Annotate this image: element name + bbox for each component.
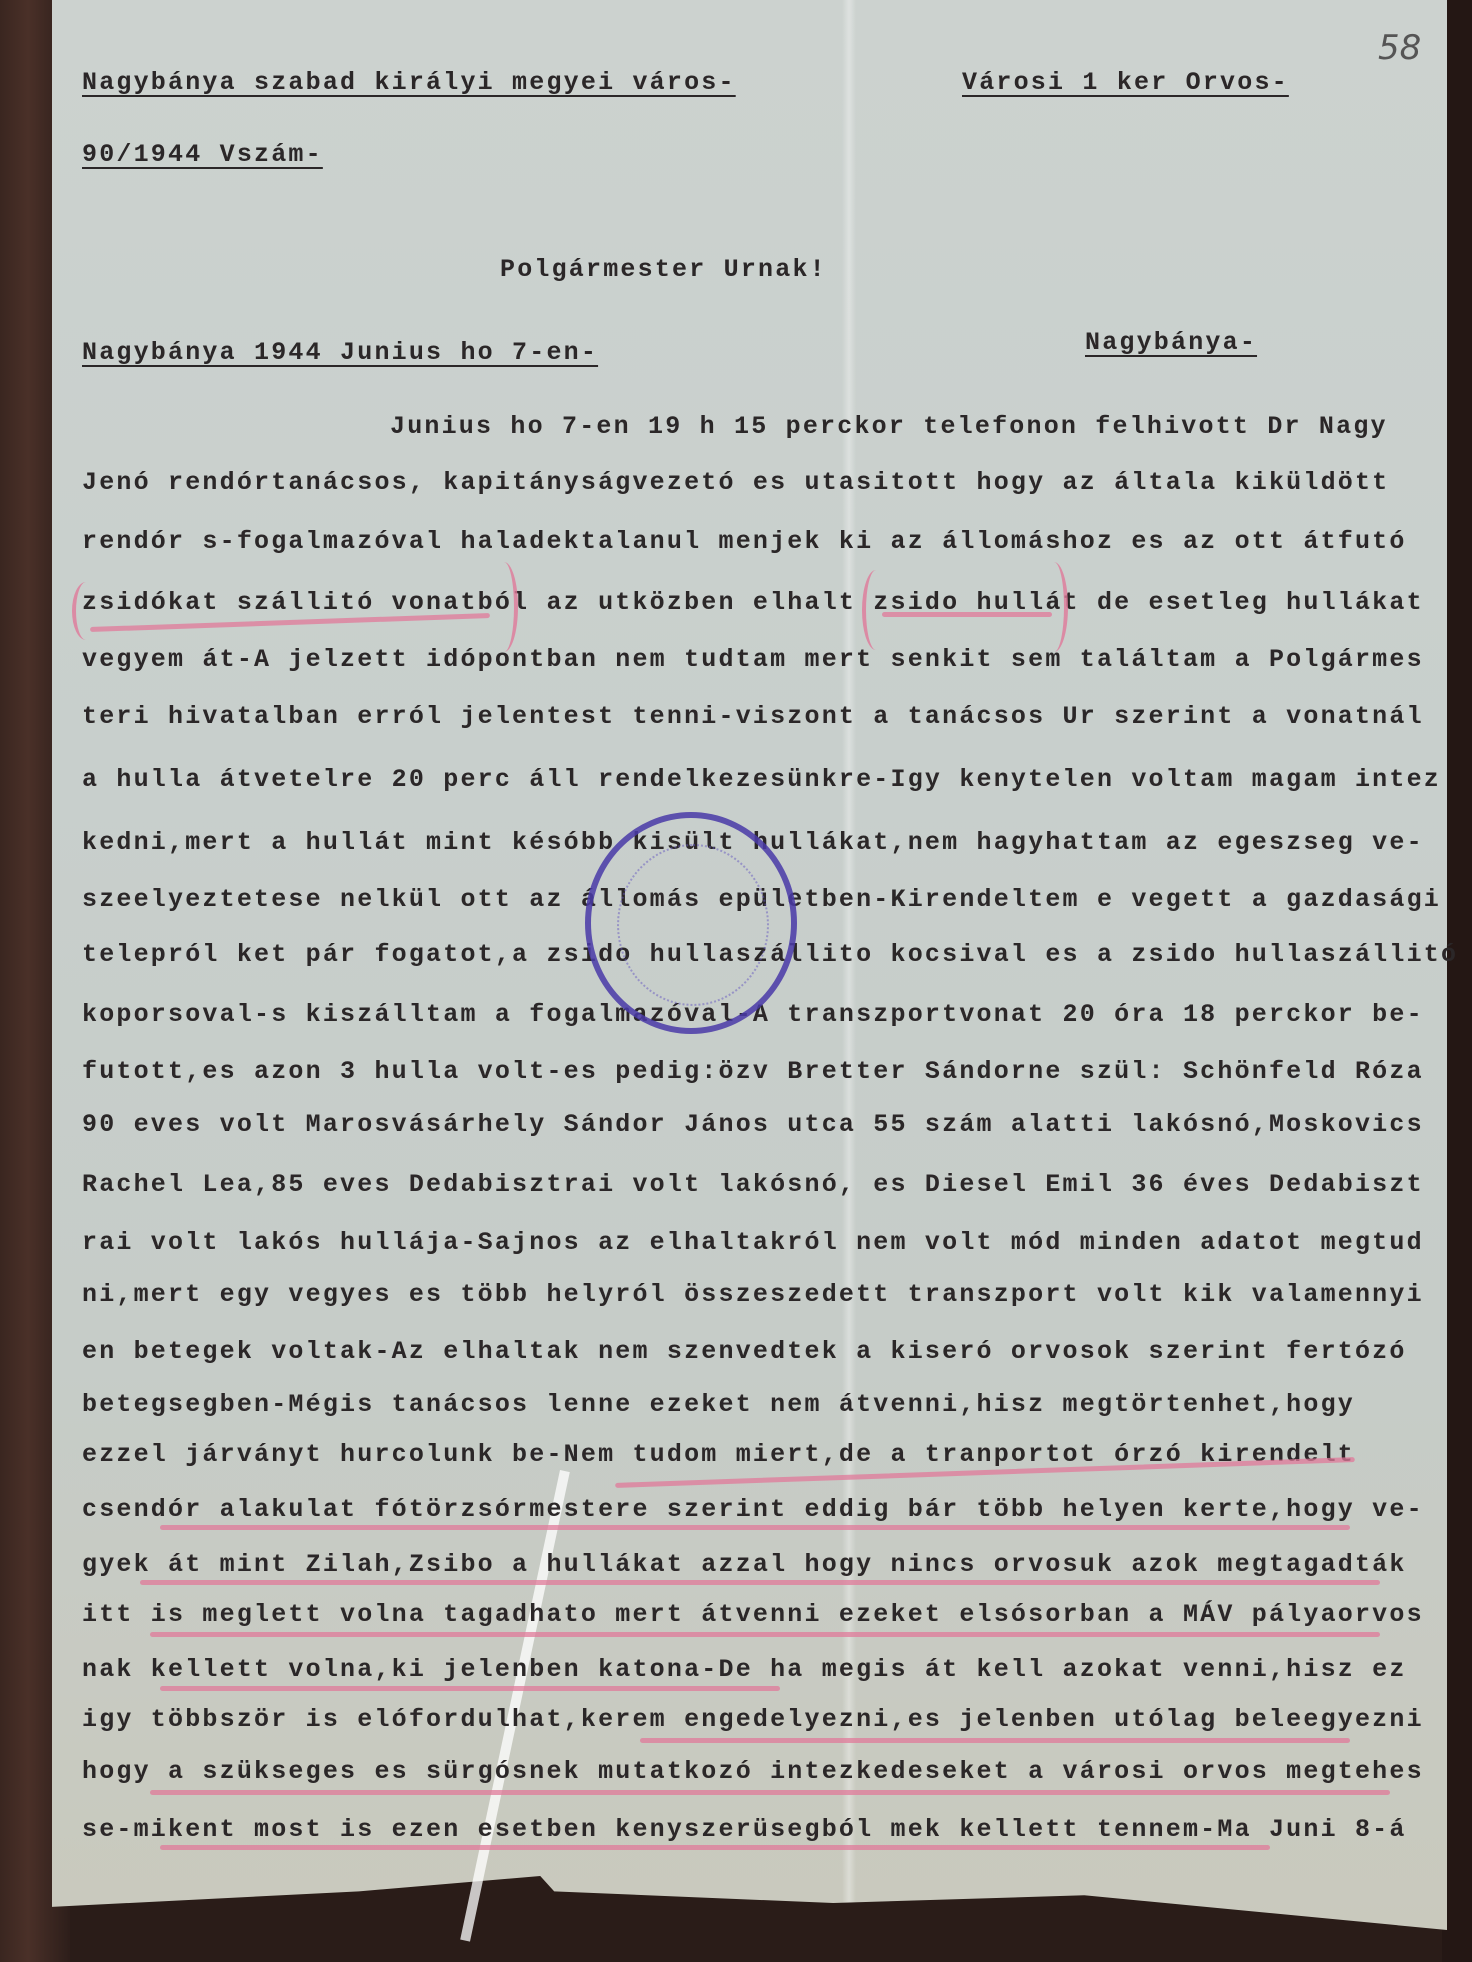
date-line: Nagybánya 1944 Junius ho 7-en-	[82, 338, 598, 367]
red-underline	[160, 1686, 780, 1691]
body-line: teri hivatalban erról jelentest tenni-vi…	[82, 702, 1424, 731]
header-office: Városi 1 ker Orvos-	[962, 68, 1289, 97]
body-line: Rachel Lea,85 eves Dedabisztrai volt lak…	[82, 1170, 1424, 1199]
body-line: hogy a szükseges es sürgósnek mutatkozó …	[82, 1757, 1424, 1786]
body-line: nak kellett volna,ki jelenben katona-De …	[82, 1655, 1407, 1684]
body-line: rendór s-fogalmazóval haladektalanul men…	[82, 527, 1407, 556]
body-line: en betegek voltak-Az elhaltak nem szenve…	[82, 1337, 1407, 1366]
body-line: se-mikent most is ezen esetben kenyszerü…	[82, 1815, 1407, 1844]
body-line: 90 eves volt Marosvásárhely Sándor János…	[82, 1110, 1424, 1139]
red-bracket-right	[1040, 562, 1068, 652]
body-line: csendór alakulat fótörzsórmestere szerin…	[82, 1495, 1424, 1524]
place-line: Nagybánya-	[1085, 328, 1257, 357]
body-line: rai volt lakós hullája-Sajnos az elhalta…	[82, 1228, 1424, 1257]
red-bracket-right	[490, 562, 518, 652]
stamp-inner-ring	[617, 844, 769, 1006]
red-underline	[882, 612, 1052, 617]
body-line: betegsegben-Mégis tanácsos lenne ezeket …	[82, 1390, 1355, 1419]
header-reference-number: 90/1944 Vszám-	[82, 140, 323, 169]
red-underline	[160, 1525, 1350, 1530]
body-line: ni,mert egy vegyes es több helyról össze…	[82, 1280, 1424, 1309]
red-underline	[150, 1790, 1390, 1795]
red-underline	[150, 1632, 1380, 1637]
body-line: Jenó rendórtanácsos, kapitányságvezetó e…	[82, 468, 1389, 497]
red-underline	[160, 1845, 1270, 1850]
body-line: zsidókat szállitó vonatból az utközben e…	[82, 588, 1424, 617]
folio-number: 58	[1378, 28, 1421, 68]
body-line: gyek át mint Zilah,Zsibo a hullákat azza…	[82, 1550, 1407, 1579]
body-line: itt is meglett volna tagadhato mert átve…	[82, 1600, 1424, 1629]
header-issuer: Nagybánya szabad királyi megyei város-	[82, 68, 736, 97]
body-line: igy többször is elófordulhat,kerem enged…	[82, 1705, 1424, 1734]
body-line: a hulla átvetelre 20 perc áll rendelkeze…	[82, 765, 1441, 794]
body-line: futott,es azon 3 hulla volt-es pedig:özv…	[82, 1057, 1424, 1086]
official-stamp	[585, 812, 797, 1034]
body-line: Junius ho 7-en 19 h 15 perckor telefonon…	[390, 412, 1388, 441]
red-underline	[140, 1580, 1380, 1585]
red-underline	[640, 1738, 1350, 1743]
salutation: Polgármester Urnak!	[500, 255, 827, 284]
red-bracket-left	[862, 570, 890, 650]
body-line: vegyem át-A jelzett idópontban nem tudta…	[82, 645, 1424, 674]
